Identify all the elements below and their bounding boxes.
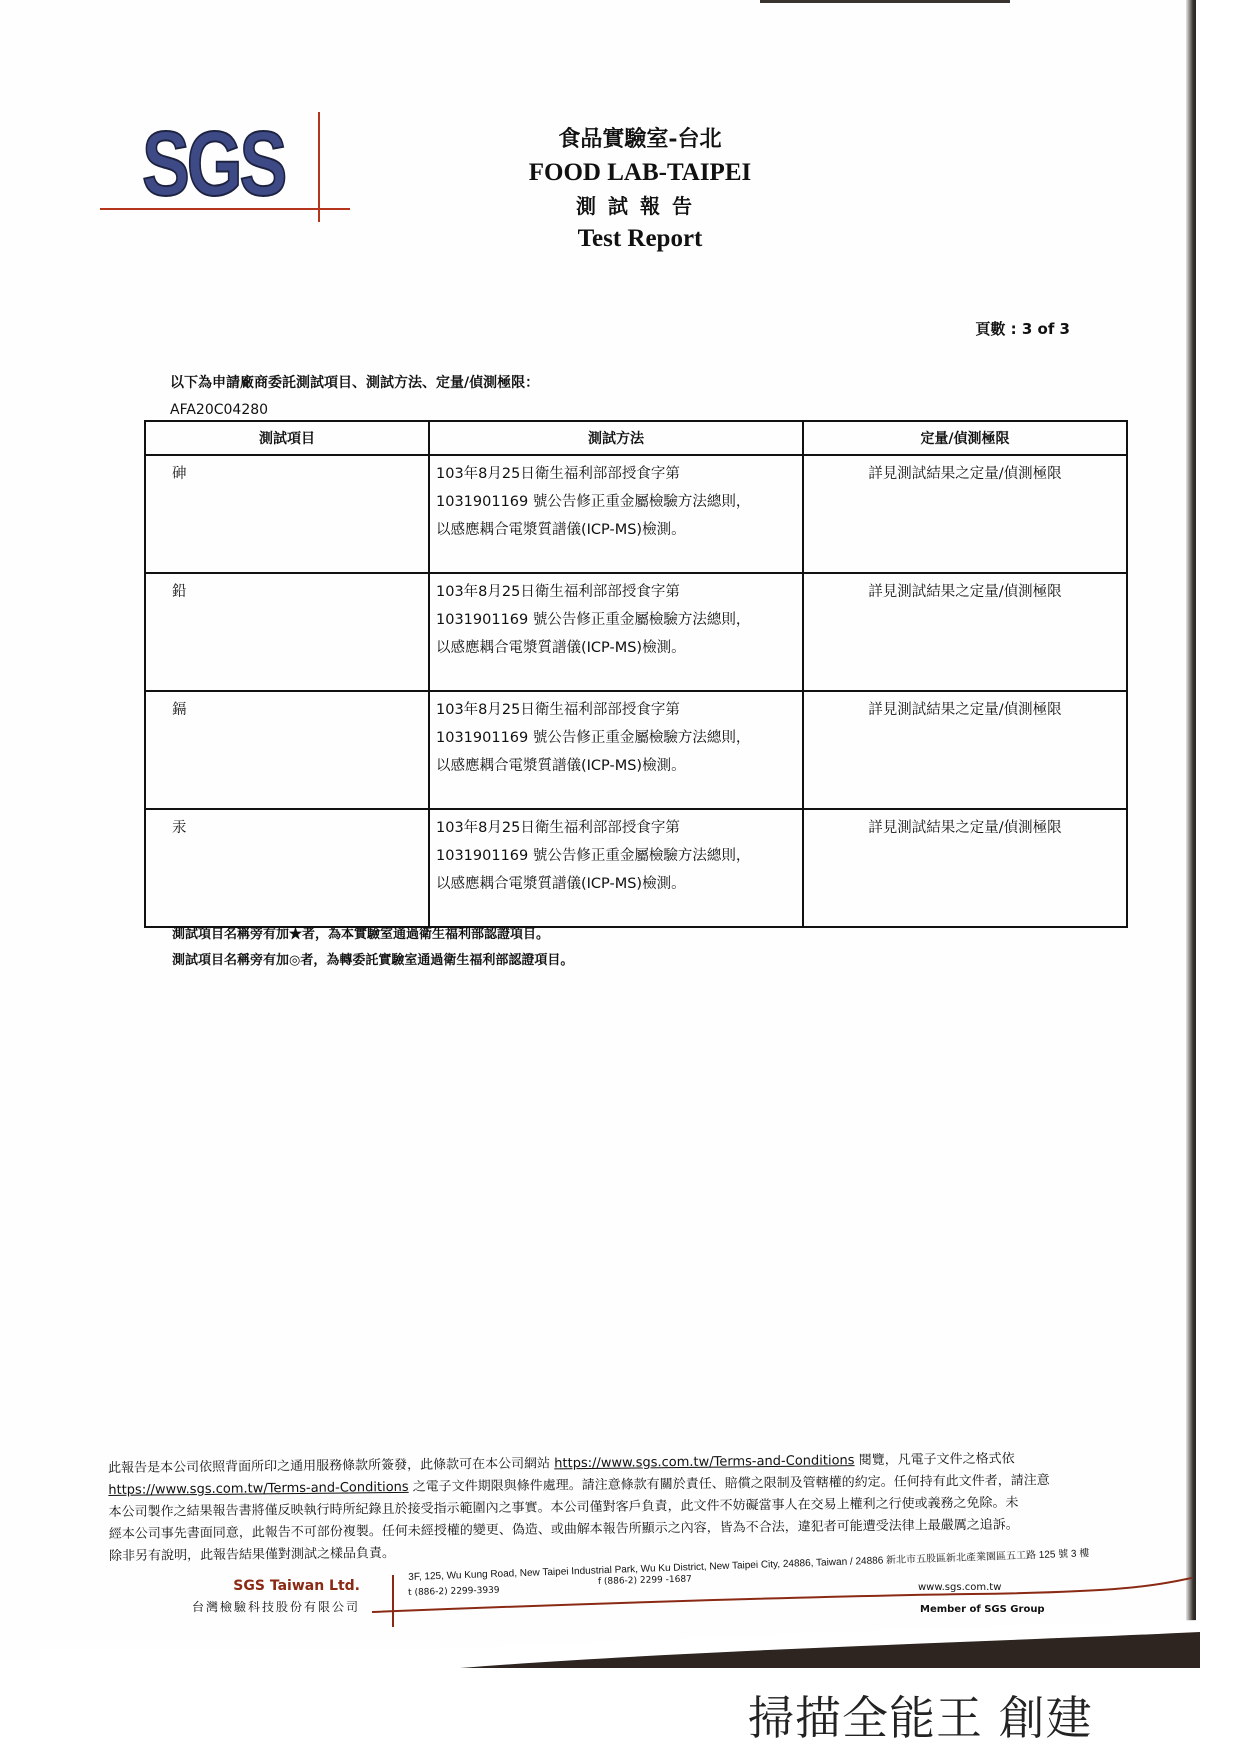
report-title-en: Test Report	[440, 222, 840, 256]
sgs-logo: SGS	[100, 112, 350, 222]
company-website[interactable]: www.sgs.com.tw	[918, 1582, 1001, 1593]
table-header-row: 測試項目 測試方法 定量/偵測極限	[145, 421, 1127, 455]
method-line: 以感應耦合電漿質譜儀(ICP-MS)檢測。	[436, 752, 796, 780]
test-method: 103年8月25日衛生福利部部授食字第 1031901169 號公告修正重金屬檢…	[429, 809, 803, 927]
company-name-cn: 台灣檢驗科技股份有限公司	[160, 1598, 360, 1615]
test-methods-table: 測試項目 測試方法 定量/偵測極限 砷 103年8月25日衛生福利部部授食字第 …	[144, 420, 1128, 928]
lab-name-cn: 食品實驗室-台北	[440, 122, 840, 156]
method-line: 1031901169 號公告修正重金屬檢驗方法總則，	[436, 724, 796, 752]
document-page: SGS 食品實驗室-台北 FOOD LAB-TAIPEI 測試報告 Test R…	[0, 0, 1190, 1660]
test-item: 鉛	[145, 573, 429, 691]
report-title-cn: 測試報告	[440, 190, 840, 222]
detection-limit: 詳見測試結果之定量/偵測極限	[803, 455, 1127, 573]
terms-link[interactable]: https://www.sgs.com.tw/Terms-and-Conditi…	[108, 1480, 408, 1498]
report-header: 食品實驗室-台北 FOOD LAB-TAIPEI 測試報告 Test Repor…	[440, 122, 840, 256]
logo-horizontal-line	[100, 208, 350, 210]
company-name-en: SGS Taiwan Ltd.	[160, 1578, 360, 1594]
table-row: 鉛 103年8月25日衛生福利部部授食字第 1031901169 號公告修正重金…	[145, 573, 1127, 691]
method-line: 1031901169 號公告修正重金屬檢驗方法總則，	[436, 488, 796, 516]
note-star: 測試項目名稱旁有加★者，為本實驗室通過衛生福利部認證項目。	[172, 922, 573, 948]
column-header-method: 測試方法	[429, 421, 803, 455]
scanner-watermark: 掃描全能王 創建	[748, 1682, 1093, 1748]
column-header-item: 測試項目	[145, 421, 429, 455]
certification-notes: 測試項目名稱旁有加★者，為本實驗室通過衛生福利部認證項目。 測試項目名稱旁有加◎…	[172, 922, 573, 974]
test-method: 103年8月25日衛生福利部部授食字第 1031901169 號公告修正重金屬檢…	[429, 573, 803, 691]
member-of-sgs: Member of SGS Group	[920, 1604, 1045, 1615]
method-line: 1031901169 號公告修正重金屬檢驗方法總則，	[436, 842, 796, 870]
method-line: 以感應耦合電漿質譜儀(ICP-MS)檢測。	[436, 634, 796, 662]
detection-limit: 詳見測試結果之定量/偵測極限	[803, 691, 1127, 809]
logo-vertical-line	[318, 112, 320, 222]
table-row: 砷 103年8月25日衛生福利部部授食字第 1031901169 號公告修正重金…	[145, 455, 1127, 573]
detection-limit: 詳見測試結果之定量/偵測極限	[803, 809, 1127, 927]
method-line: 103年8月25日衛生福利部部授食字第	[436, 814, 796, 842]
disclaimer-text: 之電子文件期限與條件處理。請注意條款有關於責任、賠償之限制及管轄權的約定。任何持…	[409, 1473, 1050, 1495]
test-method: 103年8月25日衛生福利部部授食字第 1031901169 號公告修正重金屬檢…	[429, 691, 803, 809]
test-item: 鎘	[145, 691, 429, 809]
terms-link[interactable]: https://www.sgs.com.tw/Terms-and-Conditi…	[554, 1453, 854, 1471]
scan-shadow	[760, 0, 1010, 3]
company-block: SGS Taiwan Ltd. 台灣檢驗科技股份有限公司	[160, 1578, 360, 1615]
intro-text: 以下為申請廠商委託測試項目、測試方法、定量/偵測極限：	[170, 372, 539, 392]
column-header-limit: 定量/偵測極限	[803, 421, 1127, 455]
page-number: 頁數 : 3 of 3	[975, 318, 1070, 339]
method-line: 103年8月25日衛生福利部部授食字第	[436, 578, 796, 606]
scan-page-curl	[40, 1620, 1200, 1670]
table-row: 汞 103年8月25日衛生福利部部授食字第 1031901169 號公告修正重金…	[145, 809, 1127, 927]
fax: f (886-2) 2299 -1687	[598, 1575, 692, 1587]
test-item: 汞	[145, 809, 429, 927]
method-line: 1031901169 號公告修正重金屬檢驗方法總則，	[436, 606, 796, 634]
method-line: 以感應耦合電漿質譜儀(ICP-MS)檢測。	[436, 870, 796, 898]
method-line: 以感應耦合電漿質譜儀(ICP-MS)檢測。	[436, 516, 796, 544]
disclaimer-text: 閱覽，凡電子文件之格式依	[854, 1452, 1014, 1469]
method-line: 103年8月25日衛生福利部部授食字第	[436, 460, 796, 488]
note-double-circle: 測試項目名稱旁有加◎者，為轉委託實驗室通過衛生福利部認證項目。	[172, 948, 573, 974]
page-edge	[1186, 0, 1196, 1660]
disclaimer-text: 此報告是本公司依照背面所印之通用服務條款所簽發，此條款可在本公司網站	[108, 1456, 554, 1476]
detection-limit: 詳見測試結果之定量/偵測極限	[803, 573, 1127, 691]
method-line: 103年8月25日衛生福利部部授食字第	[436, 696, 796, 724]
logo-text: SGS	[142, 114, 284, 214]
table-row: 鎘 103年8月25日衛生福利部部授食字第 1031901169 號公告修正重金…	[145, 691, 1127, 809]
lab-name-en: FOOD LAB-TAIPEI	[440, 156, 840, 190]
test-method: 103年8月25日衛生福利部部授食字第 1031901169 號公告修正重金屬檢…	[429, 455, 803, 573]
test-item: 砷	[145, 455, 429, 573]
report-number: AFA20C04280	[170, 402, 268, 418]
